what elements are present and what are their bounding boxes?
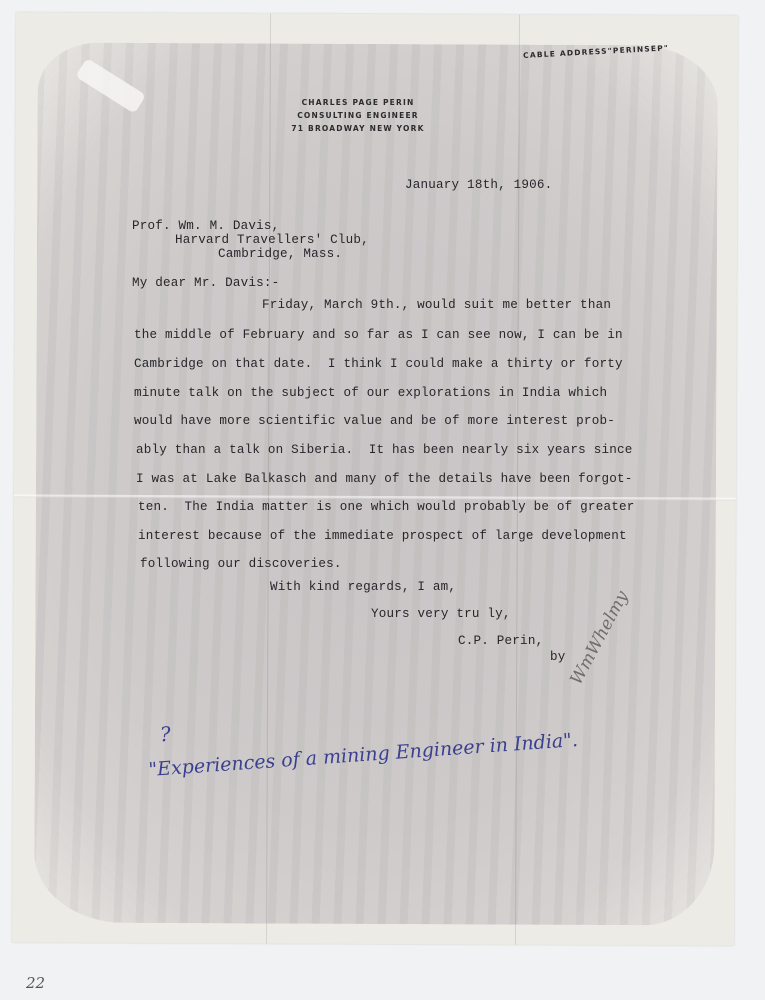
body-line: ably than a talk on Siberia. It has been… bbox=[136, 443, 632, 457]
closing-regards: With kind regards, I am, bbox=[270, 580, 456, 594]
handwritten-question-mark: ? bbox=[159, 722, 171, 747]
letterhead-address: 71 BROADWAY NEW YORK bbox=[288, 122, 428, 135]
letter-date: January 18th, 1906. bbox=[405, 178, 552, 192]
body-line: minute talk on the subject of our explor… bbox=[134, 386, 607, 400]
body-line: ten. The India matter is one which would… bbox=[138, 500, 634, 514]
page-number: 22 bbox=[26, 974, 45, 992]
signed-by-label: by bbox=[550, 650, 566, 664]
salutation: My dear Mr. Davis:- bbox=[132, 276, 279, 290]
recipient-club: Harvard Travellers' Club, bbox=[175, 233, 369, 247]
body-line: would have more scientific value and be … bbox=[134, 414, 615, 428]
recipient-name: Prof. Wm. M. Davis, bbox=[132, 219, 279, 233]
body-line: following our discoveries. bbox=[140, 557, 342, 571]
letterhead-name: CHARLES PAGE PERIN bbox=[288, 96, 428, 109]
letterhead-title: CONSULTING ENGINEER bbox=[288, 109, 428, 122]
letterhead: CHARLES PAGE PERIN CONSULTING ENGINEER 7… bbox=[288, 96, 428, 135]
closing-yours: Yours very tru ly, bbox=[371, 607, 511, 621]
signer-name: C.P. Perin, bbox=[458, 634, 543, 648]
recipient-city: Cambridge, Mass. bbox=[218, 247, 342, 261]
body-line: Cambridge on that date. I think I could … bbox=[134, 357, 623, 371]
body-line: Friday, March 9th., would suit me better… bbox=[262, 298, 611, 312]
body-line: interest because of the immediate prospe… bbox=[138, 529, 627, 543]
body-line: the middle of February and so far as I c… bbox=[134, 328, 623, 342]
body-line: I was at Lake Balkasch and many of the d… bbox=[136, 472, 632, 486]
